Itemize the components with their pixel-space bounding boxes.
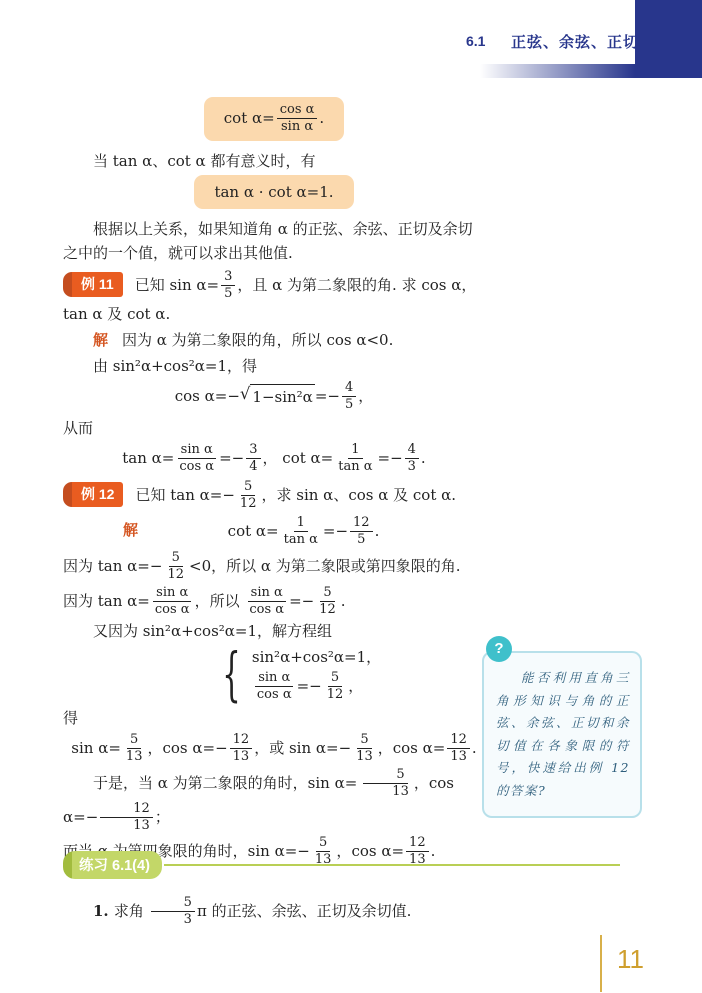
math-text: cot α= <box>224 109 275 127</box>
fraction-numerator: 3 <box>246 442 260 459</box>
fraction-denominator: 13 <box>353 749 376 765</box>
math-text: tan α <box>63 305 103 323</box>
text: 从而 <box>63 419 93 437</box>
text: 都有意义时，有 <box>206 152 316 170</box>
paragraph: 从而 <box>63 416 485 440</box>
math-text: sin α= <box>308 774 358 792</box>
math-text: sin α= <box>169 275 219 293</box>
practice-badge-label: 练习 6.1(4) <box>72 851 162 879</box>
solution-paragraph: 解因为 α 为第二象限的角，所以 cos α<0. <box>63 328 485 353</box>
fraction-numerator: 4 <box>405 442 419 459</box>
fraction-numerator: 5 <box>320 585 334 602</box>
radicand: 1−sin²α <box>250 384 314 409</box>
brace-icon: { <box>222 648 240 700</box>
text: 根据以上关系，如果知道角 α 的正弦、余弦、正切及余切之中的一个值，就可以求出其… <box>63 220 473 262</box>
fraction: 513 <box>359 767 412 801</box>
math-text: sin²α+cos²α=1 <box>143 622 257 640</box>
fraction: sin αcos α <box>254 670 295 704</box>
fraction-numerator: 3 <box>221 269 235 286</box>
equation-row: sin²α+cos²α=1， <box>252 645 381 669</box>
math-text: cot α <box>127 305 165 323</box>
text: . <box>375 521 380 539</box>
fraction: 125 <box>350 515 373 549</box>
paragraph: 又因为 sin²α+cos²α=1，解方程组 <box>63 619 485 643</box>
radical-sign: √ <box>240 384 251 404</box>
example-badge-cap <box>63 272 72 297</box>
fraction-denominator: 12 <box>324 687 347 703</box>
fraction-numerator: sin α <box>153 585 191 602</box>
text: 求角 <box>114 902 149 920</box>
text: . <box>451 486 456 504</box>
text: 因为 α 为第二象限的角，所以 <box>122 331 326 349</box>
math-text: cot α= <box>228 521 279 539</box>
fraction-numerator: 5 <box>241 479 255 496</box>
text: 又因为 <box>93 622 143 640</box>
formula-highlight-box: cot α=cos αsin α. <box>204 97 344 141</box>
text: 及 <box>388 486 413 504</box>
text: 于是，当 α 为第二象限的角时， <box>93 774 308 792</box>
header-gradient-bar <box>480 64 635 78</box>
fraction-denominator: cos α <box>176 459 217 475</box>
fraction: cos αsin α <box>277 102 318 136</box>
fraction-denominator: 5 <box>342 397 356 413</box>
text: 及 <box>103 305 128 323</box>
text: ， <box>461 275 476 293</box>
fraction-denominator: 5 <box>354 532 368 548</box>
text: ，或 <box>254 738 289 756</box>
equation-rows: sin²α+cos²α=1，sin αcos α=−512， <box>252 645 381 704</box>
fraction: 34 <box>246 442 260 476</box>
fraction-numerator: cos α <box>277 102 318 119</box>
fraction: sin αcos α <box>152 585 193 619</box>
text: . <box>472 738 477 756</box>
page-body: cot α=cos αsin α.当 tan α、cot α 都有意义时，有ta… <box>63 95 485 870</box>
math-text: =− <box>323 521 348 539</box>
fraction-numerator: 12 <box>447 732 470 749</box>
fraction: 53 <box>151 895 195 929</box>
formula-highlight-box: tan α · cot α=1. <box>194 175 353 209</box>
solution-label: 解 <box>93 519 138 543</box>
example-statement: 例 12已知 tan α=−512，求 sin α、cos α 及 cot α. <box>63 479 485 513</box>
fraction-denominator: tan α <box>281 532 321 548</box>
fraction-denominator: 13 <box>100 818 153 834</box>
fraction-denominator: 3 <box>151 912 195 928</box>
text: ，且 α 为第二象限的角. 求 <box>237 275 421 293</box>
practice-items: 1. 求角 53π 的正弦、余弦、正切及余切值. <box>63 895 493 929</box>
math-text: tan α=− <box>170 486 235 504</box>
fraction: 1tan α <box>335 442 375 476</box>
text: 由 <box>93 357 113 375</box>
text: ， <box>263 448 283 466</box>
fraction-denominator: cos α <box>254 687 295 703</box>
fraction-denominator: 13 <box>447 749 470 765</box>
math-text: cot α= <box>282 448 333 466</box>
fraction: 1213 <box>100 801 153 835</box>
equation-row: sin αcos α=−512， <box>252 670 363 704</box>
fraction: 512 <box>164 550 187 584</box>
fraction-denominator: 12 <box>237 496 260 512</box>
fraction-numerator: 12 <box>350 515 373 532</box>
fraction-denominator: 12 <box>316 602 339 618</box>
paragraph: 因为 tan α=sin αcos α，所以 sin αcos α=−512. <box>63 585 485 619</box>
centered-formula: tan α=sin αcos α=−34， cot α=1tan α=−43. <box>63 442 485 476</box>
practice-badge: 练习 6.1(4) <box>63 851 162 879</box>
fraction: 1213 <box>447 732 470 766</box>
fraction-denominator: cos α <box>246 602 287 618</box>
math-text: sin²α+cos²α=1 <box>113 357 227 375</box>
fraction-numerator: sin α <box>255 670 293 687</box>
fraction-numerator: 5 <box>357 732 371 749</box>
fraction-numerator: 5 <box>151 895 195 912</box>
fraction-numerator: 5 <box>328 670 342 687</box>
text: ； <box>155 807 170 825</box>
text: ， <box>414 774 429 792</box>
fraction-numerator: 12 <box>230 732 253 749</box>
practice-badge-cap <box>63 851 72 879</box>
fraction-denominator: 12 <box>164 567 187 583</box>
practice-section: 练习 6.1(4) 1. 求角 53π 的正弦、余弦、正切及余切值. <box>63 851 623 930</box>
math-text: π <box>197 902 207 920</box>
fraction-numerator: 5 <box>127 732 141 749</box>
fraction: 513 <box>123 732 146 766</box>
text: 、 <box>333 486 348 504</box>
paragraph: 1. 求角 53π 的正弦、余弦、正切及余切值. <box>63 895 493 929</box>
solution-formula-line: 解cot α=1tan α=−125. <box>63 515 485 549</box>
math-text: =− <box>219 448 244 466</box>
math-text: tan α= <box>98 591 150 609</box>
text: . <box>165 305 170 323</box>
fraction-numerator: 4 <box>342 380 356 397</box>
math-text: sin²α+cos²α=1， <box>252 648 381 666</box>
text: 得 <box>63 709 78 727</box>
equation-system: {sin²α+cos²α=1，sin αcos α=−512， <box>213 645 485 704</box>
text: ，得 <box>227 357 257 375</box>
text: . <box>421 448 426 466</box>
math-text: tan α · cot α=1. <box>214 183 333 201</box>
question-callout: ? 能否利用直角三角形知识与角的正弦、余弦、正切和余切值在各象限的符号，快速给出… <box>482 636 642 818</box>
centered-formula: cos α=−√1−sin²α=−45， <box>63 380 485 414</box>
fraction-denominator: 3 <box>405 459 419 475</box>
text: ， <box>378 738 393 756</box>
math-text: cos α= <box>393 738 446 756</box>
centered-formula: sin α=513，cos α=−1213，或 sin α=−513，cos α… <box>63 732 485 766</box>
page-number-rule <box>600 935 602 992</box>
fraction-denominator: cos α <box>152 602 193 618</box>
text: . <box>341 591 346 609</box>
fraction: 1213 <box>230 732 253 766</box>
sqrt-expression: √1−sin²α <box>240 384 315 409</box>
fraction-numerator: 1 <box>294 515 308 532</box>
paragraph: 当 tan α、cot α 都有意义时，有 <box>63 149 485 173</box>
paragraph: 得 <box>63 706 485 730</box>
example-badge: 例 11 <box>63 272 123 297</box>
fraction-denominator: 5 <box>221 286 235 302</box>
fraction: 512 <box>316 585 339 619</box>
fraction-numerator: 1 <box>348 442 362 459</box>
text: ，所以 α 为第二象限或第四象限的角. <box>211 557 460 575</box>
fraction: 43 <box>405 442 419 476</box>
fraction: 512 <box>324 670 347 704</box>
fraction: 512 <box>237 479 260 513</box>
practice-header: 练习 6.1(4) <box>63 851 620 879</box>
example-badge-cap <box>63 482 72 507</box>
paragraph: 根据以上关系，如果知道角 α 的正弦、余弦、正切及余切之中的一个值，就可以求出其… <box>63 217 485 265</box>
math-text: <0 <box>189 557 211 575</box>
paragraph: 由 sin²α+cos²α=1，得 <box>63 354 485 378</box>
text: ， <box>358 387 373 405</box>
text: ，所以 <box>195 591 245 609</box>
fraction-numerator: sin α <box>248 585 286 602</box>
fraction-numerator: 5 <box>316 835 330 852</box>
math-text: =− <box>315 387 340 405</box>
fraction-numerator: sin α <box>178 442 216 459</box>
fraction-denominator: tan α <box>335 459 375 475</box>
text: ，解方程组 <box>257 622 332 640</box>
header-corner-block <box>635 0 702 78</box>
example-badge-label: 例 12 <box>72 482 123 507</box>
solution-label: 解 <box>93 332 108 349</box>
fraction: 45 <box>342 380 356 414</box>
page-number: 11 <box>617 944 644 975</box>
fraction-numerator: 5 <box>363 767 407 784</box>
fraction: 35 <box>221 269 235 303</box>
math-text: cos α<0. <box>326 331 393 349</box>
example-statement: 例 11已知 sin α=35，且 α 为第二象限的角. 求 cos α，tan… <box>63 269 485 327</box>
bold-text: 1. <box>93 902 114 920</box>
text: 已知 <box>135 486 170 504</box>
math-text: sin α= <box>71 738 121 756</box>
text: 已知 <box>135 275 170 293</box>
math-text: sin α=− <box>289 738 351 756</box>
math-text: tan α <box>113 152 153 170</box>
text: ， <box>147 738 162 756</box>
text: ， <box>348 677 363 695</box>
fraction-denominator: 13 <box>359 784 412 800</box>
math-text: . <box>319 109 324 127</box>
math-text: cos α=− <box>175 387 240 405</box>
paragraph: 于是，当 α 为第二象限的角时，sin α=513，cos α=−1213； <box>63 767 485 834</box>
fraction-numerator: 12 <box>406 835 429 852</box>
callout-text: 能否利用直角三角形知识与角的正弦、余弦、正切和余切值在各象限的符号，快速给出例 … <box>482 651 642 818</box>
math-text: cot α <box>413 486 451 504</box>
text: 当 <box>93 152 113 170</box>
fraction-denominator: 13 <box>230 749 253 765</box>
question-mark-icon: ? <box>486 636 512 662</box>
math-text: cos α=− <box>162 738 227 756</box>
fraction: 1tan α <box>281 515 321 549</box>
fraction: sin αcos α <box>176 442 217 476</box>
math-text: cos α <box>348 486 388 504</box>
example-badge: 例 12 <box>63 482 123 507</box>
fraction-numerator: 12 <box>100 801 153 818</box>
fraction: sin αcos α <box>246 585 287 619</box>
math-text: =− <box>297 677 322 695</box>
solution-formula: cot α=1tan α=−125. <box>152 515 455 549</box>
text: ，求 <box>261 486 296 504</box>
math-text: cot α <box>167 152 205 170</box>
fraction-numerator: 5 <box>169 550 183 567</box>
paragraph: 因为 tan α=−512<0，所以 α 为第二象限或第四象限的角. <box>63 550 485 584</box>
fraction-denominator: 4 <box>246 459 260 475</box>
fraction-denominator: 13 <box>123 749 146 765</box>
practice-divider-line <box>164 864 620 866</box>
math-text: =− <box>289 591 314 609</box>
text: 、 <box>152 152 167 170</box>
fraction: 513 <box>353 732 376 766</box>
math-text: =− <box>378 448 403 466</box>
example-badge-label: 例 11 <box>72 272 123 297</box>
math-text: tan α= <box>122 448 174 466</box>
math-text: cos α <box>421 275 461 293</box>
fraction-denominator: sin α <box>278 119 316 135</box>
text: 的正弦、余弦、正切及余切值. <box>207 902 412 920</box>
text: 因为 <box>63 557 98 575</box>
math-text: tan α=− <box>98 557 163 575</box>
math-text: sin α <box>296 486 333 504</box>
section-number: 6.1 <box>466 33 485 49</box>
text: 因为 <box>63 591 98 609</box>
